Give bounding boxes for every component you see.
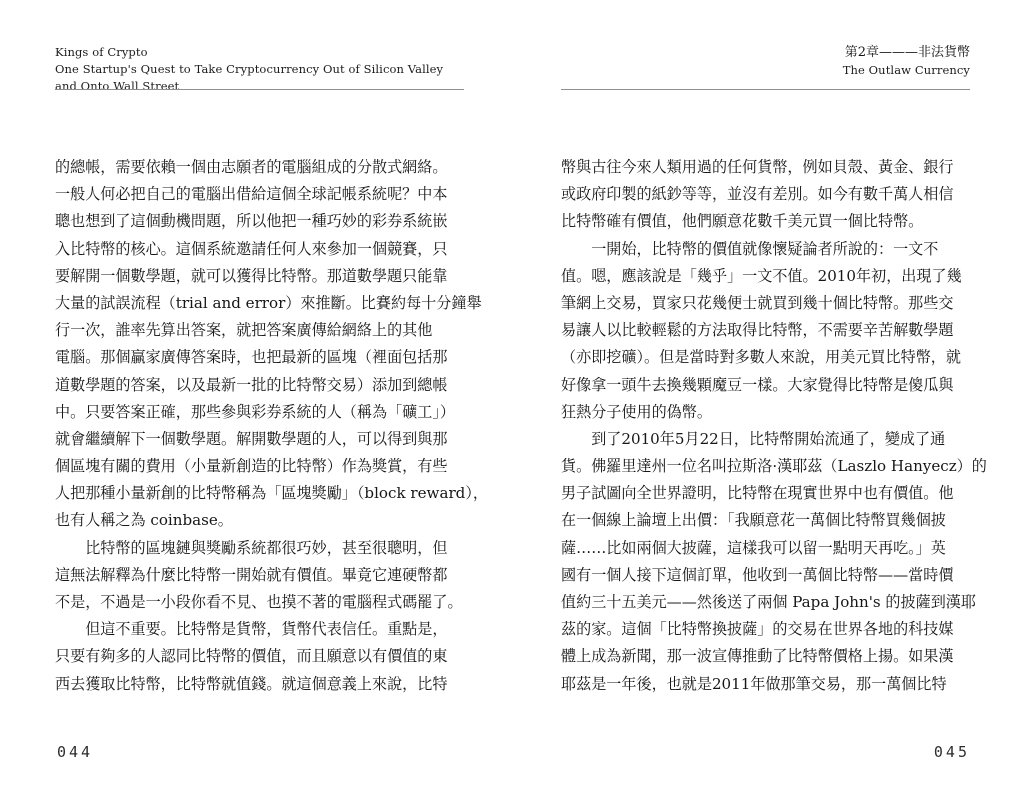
text-line: 值。嗯，應該說是「幾乎」一文不值。2010年初，出現了幾 xyxy=(561,263,970,290)
text-line: 值約三十五美元——然後送了兩個 Papa John's 的披薩到漢耶 xyxy=(561,589,970,616)
text-line: 茲的家。這個「比特幣換披薩」的交易在世界各地的科技媒 xyxy=(561,616,970,643)
text-line: 筆網上交易，買家只花幾便士就買到幾十個比特幣。那些交 xyxy=(561,290,970,317)
text-line: 幣與古往今來人類用過的任何貨幣，例如貝殼、黃金、銀行 xyxy=(561,154,970,181)
text-line: 好像拿一頭牛去換幾顆魔豆一樣。大家覺得比特幣是傻瓜與 xyxy=(561,372,970,399)
text-line: 男子試圖向全世界證明，比特幣在現實世界中也有價值。他 xyxy=(561,480,970,507)
text-line: 就會繼續解下一個數學題。解開數學題的人，可以得到與那 xyxy=(55,426,464,453)
text-line: 道數學題的答案，以及最新一批的比特幣交易）添加到總帳 xyxy=(55,372,464,399)
left-running-head: Kings of Crypto One Startup's Quest to T… xyxy=(55,44,464,95)
text-line: 狂熱分子使用的偽幣。 xyxy=(561,399,970,426)
text-line: 比特幣確有價值，他們願意花數千美元買一個比特幣。 xyxy=(561,208,970,235)
text-line: 一般人何必把自己的電腦出借給這個全球記帳系統呢？中本 xyxy=(55,181,464,208)
header-rule-left xyxy=(55,89,464,90)
header-rule-right xyxy=(561,89,970,90)
text-line: 國有一個人接下這個訂單，他收到一萬個比特幣——當時價 xyxy=(561,562,970,589)
text-line: 西去獲取比特幣，比特幣就值錢。就這個意義上來說，比特 xyxy=(55,671,464,698)
text-line: 比特幣的區塊鏈與獎勵系統都很巧妙，甚至很聰明，但 xyxy=(55,535,464,562)
page-left: Kings of Crypto One Startup's Quest to T… xyxy=(55,0,464,808)
text-line: 電腦。那個贏家廣傳答案時，也把最新的區塊（裡面包括那 xyxy=(55,344,464,371)
text-line: 也有人稱之為 coinbase。 xyxy=(55,507,464,534)
text-line: 體上成為新聞，那一波宣傳推動了比特幣價格上揚。如果漢 xyxy=(561,643,970,670)
text-line: 聰也想到了這個動機問題，所以他把一種巧妙的彩券系統嵌 xyxy=(55,208,464,235)
text-line: 入比特幣的核心。這個系統邀請任何人來參加一個競賽，只 xyxy=(55,236,464,263)
page-right: 第2章———非法貨幣 The Outlaw Currency 幣與古往今來人類用… xyxy=(561,0,970,808)
text-line: 個區塊有關的費用（小量新創造的比特幣）作為獎賞，有些 xyxy=(55,453,464,480)
text-line: 在一個線上論壇上出價：「我願意花一萬個比特幣買幾個披 xyxy=(561,507,970,534)
text-line: 薩……比如兩個大披薩，這樣我可以留一點明天再吃。」英 xyxy=(561,535,970,562)
text-line: 不是，不過是一小段你看不見、也摸不著的電腦程式碼罷了。 xyxy=(55,589,464,616)
text-line: 到了2010年5月22日，比特幣開始流通了，變成了通 xyxy=(561,426,970,453)
text-line: 人把那種小量新創的比特幣稱為「區塊獎勵」（block reward）， xyxy=(55,480,464,507)
text-line: 耶茲是一年後，也就是2011年做那筆交易，那一萬個比特 xyxy=(561,671,970,698)
text-line: 或政府印製的紙鈔等等，並沒有差別。如今有數千萬人相信 xyxy=(561,181,970,208)
left-body-text: 的總帳，需要依賴一個由志願者的電腦組成的分散式網絡。 一般人何必把自己的電腦出借… xyxy=(55,154,464,698)
chapter-title-english: The Outlaw Currency xyxy=(561,62,970,79)
text-line: 這無法解釋為什麼比特幣一開始就有價值。畢竟它連硬幣都 xyxy=(55,562,464,589)
chapter-title: 第2章———非法貨幣 xyxy=(561,44,970,62)
text-line: （亦即挖礦）。但是當時對多數人來說，用美元買比特幣，就 xyxy=(561,344,970,371)
text-line: 一開始，比特幣的價值就像懷疑論者所說的：一文不 xyxy=(561,236,970,263)
text-line: 要解開一個數學題，就可以獲得比特幣。那道數學題只能靠 xyxy=(55,263,464,290)
text-line: 的總帳，需要依賴一個由志願者的電腦組成的分散式網絡。 xyxy=(55,154,464,181)
page-number-right: 045 xyxy=(934,743,970,761)
text-line: 但這不重要。比特幣是貨幣，貨幣代表信任。重點是， xyxy=(55,616,464,643)
text-line: 只要有夠多的人認同比特幣的價值，而且願意以有價值的東 xyxy=(55,643,464,670)
text-line: 大量的試誤流程（trial and error）來推斷。比賽約每十分鐘舉 xyxy=(55,290,464,317)
text-line: 行一次，誰率先算出答案，就把答案廣傳給網絡上的其他 xyxy=(55,317,464,344)
text-line: 中。只要答案正確，那些參與彩券系統的人（稱為「礦工」） xyxy=(55,399,464,426)
page-number-left: 044 xyxy=(57,743,93,761)
right-body-text: 幣與古往今來人類用過的任何貨幣，例如貝殼、黃金、銀行 或政府印製的紙鈔等等，並沒… xyxy=(561,154,970,698)
right-running-head: 第2章———非法貨幣 The Outlaw Currency xyxy=(561,44,970,79)
book-title: Kings of Crypto xyxy=(55,44,464,61)
text-line: 易讓人以比較輕鬆的方法取得比特幣，不需要辛苦解數學題 xyxy=(561,317,970,344)
text-line: 貨。佛羅里達州一位名叫拉斯洛·漢耶茲（Laszlo Hanyecz）的 xyxy=(561,453,970,480)
